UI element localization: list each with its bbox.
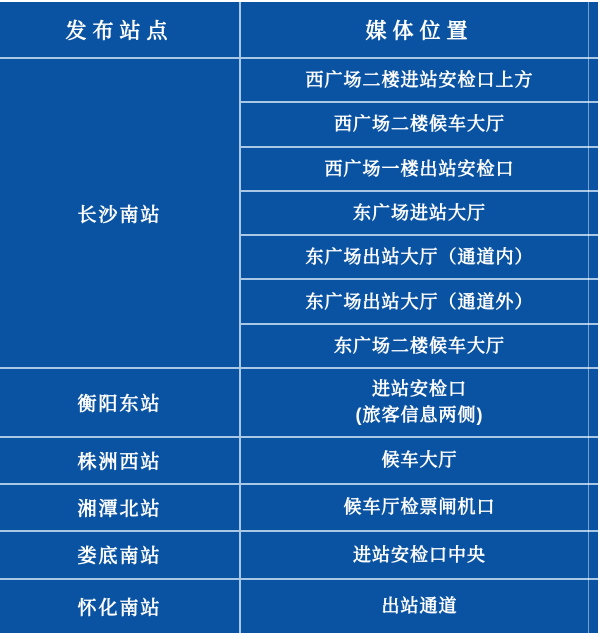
- media-location-cell: 进站安检口中央: [240, 531, 598, 578]
- media-location-line: 东广场进站大厅: [353, 203, 486, 223]
- media-location-line: 东广场出站大厅（通道外）: [306, 292, 534, 312]
- media-location-line: 候车厅检票闸机口: [344, 497, 496, 517]
- media-location-cell: 西广场二楼候车大厅: [240, 102, 598, 146]
- media-location-cell: 东广场进站大厅: [240, 191, 598, 235]
- table-row: 长沙南站西广场二楼进站安检口上方: [0, 58, 598, 102]
- station-cell: 湘潭北站: [0, 484, 240, 531]
- media-location-line: 西广场一楼出站安检口: [325, 159, 515, 179]
- station-cell: 衡阳东站: [0, 368, 240, 436]
- header-row: 发布站点 媒体位置: [0, 2, 598, 58]
- table-row: 衡阳东站进站安检口(旅客信息两侧): [0, 368, 598, 436]
- media-location-line: 东广场出站大厅（通道内）: [306, 247, 534, 267]
- station-cell: 怀化南站: [0, 579, 240, 633]
- station-cell: 长沙南站: [0, 58, 240, 368]
- media-location-line: 出站通道: [382, 596, 458, 616]
- table-row: 株洲西站候车大厅: [0, 437, 598, 484]
- media-location-cell: 东广场出站大厅（通道内）: [240, 235, 598, 279]
- media-location-line: 西广场二楼候车大厅: [334, 114, 505, 134]
- station-media-table-page: 发布站点 媒体位置 长沙南站西广场二楼进站安检口上方西广场二楼候车大厅西广场一楼…: [0, 0, 600, 636]
- station-cell: 株洲西站: [0, 437, 240, 484]
- media-location-line: 东广场二楼候车大厅: [334, 336, 505, 356]
- media-location-line: 进站安检口中央: [353, 545, 486, 565]
- table-body: 长沙南站西广场二楼进站安检口上方西广场二楼候车大厅西广场一楼出站安检口东广场进站…: [0, 58, 598, 633]
- media-location-line: (旅客信息两侧): [356, 405, 484, 425]
- table-row: 娄底南站进站安检口中央: [0, 531, 598, 578]
- media-location-line: 西广场二楼进站安检口上方: [306, 70, 534, 90]
- media-location-cell: 西广场一楼出站安检口: [240, 147, 598, 191]
- media-location-cell: 西广场二楼进站安检口上方: [240, 58, 598, 102]
- media-table: 发布站点 媒体位置 长沙南站西广场二楼进站安检口上方西广场二楼候车大厅西广场一楼…: [0, 2, 598, 633]
- media-location-line: 候车大厅: [382, 450, 458, 470]
- station-cell: 娄底南站: [0, 531, 240, 578]
- table-row: 湘潭北站候车厅检票闸机口: [0, 484, 598, 531]
- media-location-cell: 进站安检口(旅客信息两侧): [240, 368, 598, 436]
- header-cell-media-location: 媒体位置: [240, 2, 598, 58]
- media-location-cell: 东广场出站大厅（通道外）: [240, 279, 598, 323]
- table-row: 怀化南站出站通道: [0, 579, 598, 633]
- media-location-cell: 东广场二楼候车大厅: [240, 324, 598, 368]
- media-location-cell: 候车大厅: [240, 437, 598, 484]
- table-header: 发布站点 媒体位置: [0, 2, 598, 58]
- header-cell-station: 发布站点: [0, 2, 240, 58]
- media-location-cell: 候车厅检票闸机口: [240, 484, 598, 531]
- media-location-cell: 出站通道: [240, 579, 598, 633]
- media-location-line: 进站安检口: [372, 379, 467, 399]
